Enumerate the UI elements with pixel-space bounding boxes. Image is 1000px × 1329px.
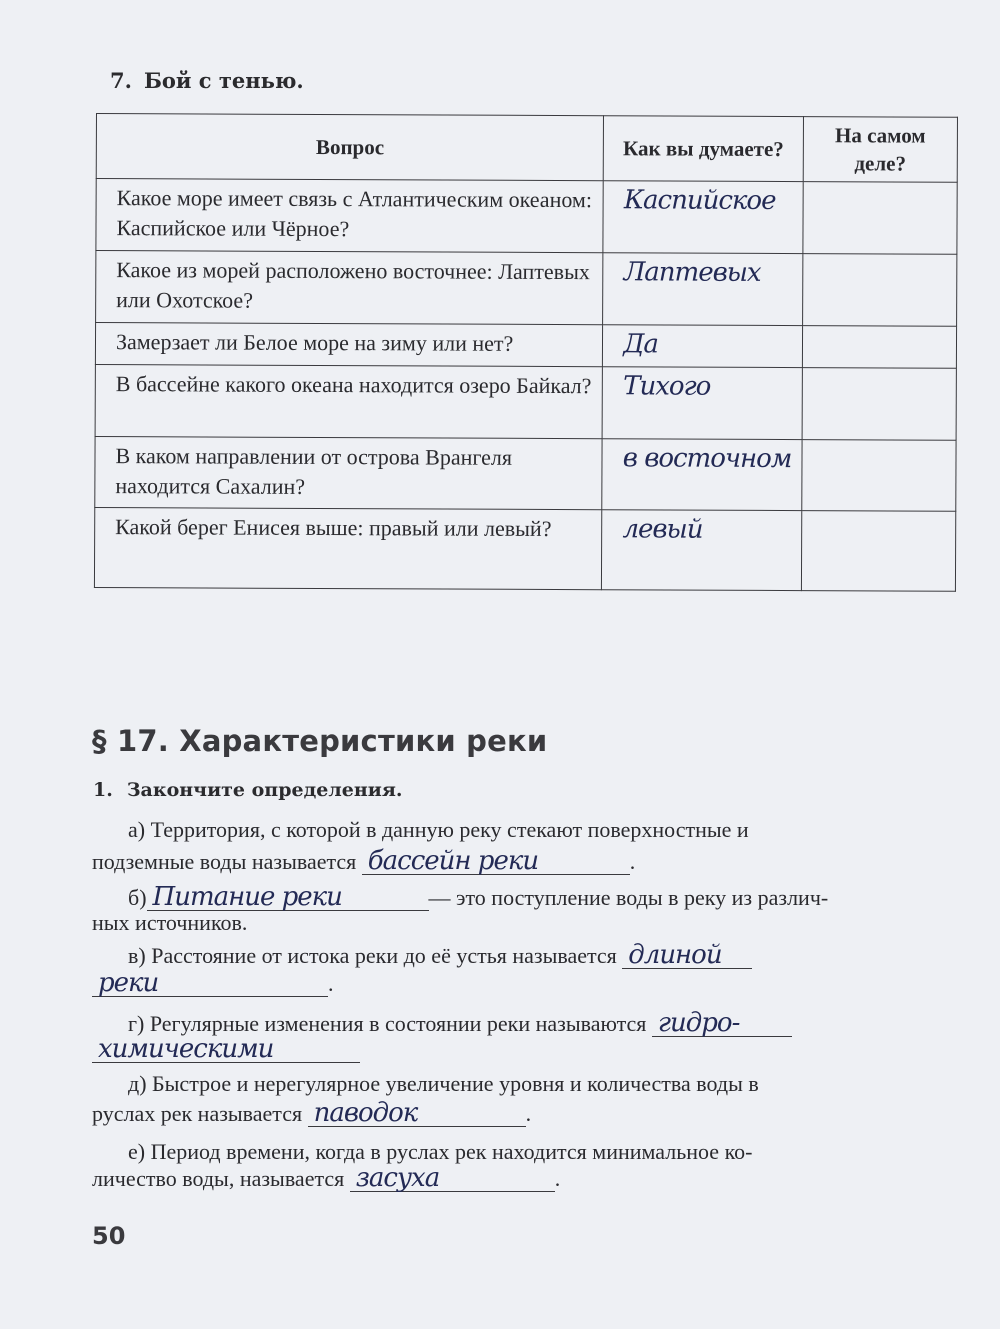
item-e-suffix: .	[555, 1166, 561, 1191]
item-b-prefix: б)	[128, 885, 147, 910]
handwritten-answer: Питание реки	[153, 884, 342, 910]
handwritten-answer: Лаптевых	[624, 257, 761, 288]
item-a-line-2: подземные воды называется бассейн реки.	[92, 848, 635, 875]
question-cell: В каком направлении от острова Врангеля …	[95, 436, 603, 509]
answer-real-cell[interactable]	[802, 440, 956, 512]
answer-think-cell[interactable]: в восточном	[602, 439, 802, 511]
item-b-answer-field[interactable]: Питание реки	[147, 884, 429, 911]
item-e-line-2: личество воды, называется засуха.	[92, 1165, 560, 1192]
item-d-suffix: .	[526, 1101, 532, 1126]
answer-real-cell[interactable]	[801, 511, 955, 592]
item-a-prefix: подземные воды называется	[92, 849, 356, 874]
item-g-line-1: г) Регулярные изменения в состоянии реки…	[128, 1010, 792, 1037]
item-d-line-1: д) Быстрое и нерегулярное увеличение уро…	[128, 1071, 759, 1097]
handwritten-answer: реки	[98, 970, 158, 996]
item-v-suffix: .	[328, 971, 334, 996]
item-d-line-2: руслах рек называется паводок.	[92, 1100, 531, 1127]
task-title-text: Закончите определения.	[127, 779, 403, 801]
answer-think-cell[interactable]: Лаптевых	[603, 253, 803, 326]
question-cell: Какое море имеет связь с Атлантическим о…	[96, 179, 604, 253]
item-a-suffix: .	[630, 849, 636, 874]
item-g-prefix: г) Регулярные изменения в состоянии реки…	[128, 1011, 646, 1036]
table-row: В бассейне какого океана находится озеро…	[95, 364, 956, 440]
table-row: Какое море имеет связь с Атлантическим о…	[96, 179, 957, 255]
table-row: Какое из морей расположено восточнее: Ла…	[96, 251, 957, 327]
task-number: 1.	[93, 779, 113, 801]
table-row: В каком направлении от острова Врангеля …	[95, 436, 956, 511]
question-cell: Какое из морей расположено восточнее: Ла…	[96, 251, 604, 325]
exercise-7-title: 7.Бой с тенью.	[110, 68, 304, 93]
item-v-answer-field-2[interactable]: реки	[92, 970, 328, 997]
exercise-number: 7.	[110, 68, 132, 93]
item-a-answer-field[interactable]: бассейн реки	[362, 848, 630, 875]
handwritten-answer: левый	[622, 514, 702, 544]
item-g-answer-field-2[interactable]: химическими	[92, 1036, 360, 1063]
shadow-fight-table: Вопрос Как вы думаете? На самом деле? Ка…	[94, 113, 958, 592]
table-row: Замерзает ли Белое море на зиму или нет?…	[95, 323, 956, 369]
exercise-title-text: Бой с тенью.	[144, 68, 304, 93]
handwritten-answer: Да	[623, 329, 658, 359]
handwritten-answer: в восточном	[623, 443, 792, 474]
table-header-row: Вопрос Как вы думаете? На самом деле?	[96, 114, 957, 183]
handwritten-answer: длиной	[628, 942, 721, 968]
handwritten-answer: Тихого	[623, 371, 710, 401]
handwritten-answer: паводок	[314, 1100, 418, 1126]
item-e-answer-field[interactable]: засуха	[350, 1165, 555, 1192]
answer-think-cell[interactable]: Каспийское	[603, 181, 803, 254]
answer-real-cell[interactable]	[803, 182, 957, 255]
answer-real-cell[interactable]	[802, 254, 956, 327]
item-b-line-2: ных источников.	[92, 910, 247, 936]
question-cell: Замерзает ли Белое море на зиму или нет?	[95, 323, 603, 367]
item-b-line-1: б)Питание реки— это поступление воды в р…	[128, 884, 828, 911]
item-e-line-1: е) Период времени, когда в руслах рек на…	[128, 1139, 752, 1165]
table-row: Какой берег Енисея выше: правый или левы…	[94, 507, 955, 591]
header-think: Как вы думаете?	[604, 116, 804, 182]
answer-real-cell[interactable]	[802, 368, 956, 441]
item-g-answer-field-1[interactable]: гидро-	[652, 1010, 792, 1037]
answer-real-cell[interactable]	[802, 326, 956, 369]
handwritten-answer: химическими	[98, 1036, 273, 1062]
handwritten-answer: засуха	[356, 1165, 440, 1191]
answer-think-cell[interactable]: левый	[602, 510, 802, 591]
item-b-suffix: — это поступление воды в реку из различ-	[429, 885, 829, 910]
header-question: Вопрос	[96, 114, 604, 181]
question-cell: В бассейне какого океана находится озеро…	[95, 364, 603, 438]
page-number: 50	[92, 1222, 125, 1250]
item-a-line-1: а) Территория, с которой в данную реку с…	[128, 817, 749, 843]
item-v-prefix: в) Расстояние от истока реки до её устья…	[128, 943, 617, 968]
item-g-line-2: химическими	[92, 1036, 360, 1063]
item-d-answer-field[interactable]: паводок	[308, 1100, 526, 1127]
answer-think-cell[interactable]: Да	[603, 325, 803, 368]
question-cell: Какой берег Енисея выше: правый или левы…	[94, 507, 602, 589]
header-real: На самом деле?	[803, 117, 957, 183]
handwritten-answer: Каспийское	[624, 185, 776, 216]
section-title: § 17. Характеристики реки	[92, 724, 547, 758]
item-d-prefix: руслах рек называется	[92, 1101, 302, 1126]
item-v-line-1: в) Расстояние от истока реки до её устья…	[128, 942, 752, 969]
handwritten-answer: бассейн реки	[368, 848, 538, 874]
item-e-prefix: личество воды, называется	[92, 1166, 344, 1191]
item-v-line-2: реки.	[92, 970, 334, 997]
answer-think-cell[interactable]: Тихого	[602, 367, 802, 440]
workbook-page: 7.Бой с тенью. Вопрос Как вы думаете? На…	[0, 0, 1000, 1329]
handwritten-answer: гидро-	[658, 1010, 739, 1036]
task-1-title: 1.Закончите определения.	[93, 779, 402, 801]
item-v-answer-field-1[interactable]: длиной	[622, 942, 752, 969]
